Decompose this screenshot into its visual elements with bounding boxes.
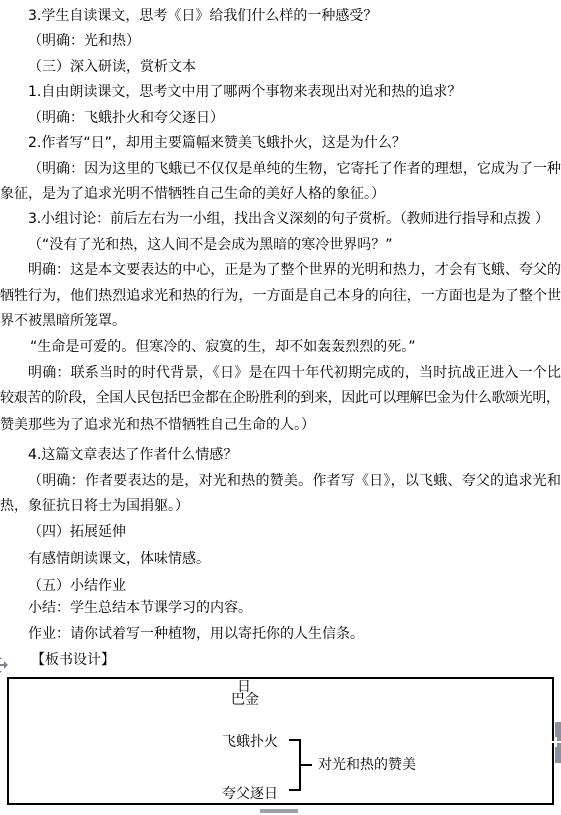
doc-line: 象征，是为了追求光明不惜牺牲自己生命的美好人格的象征。）: [0, 186, 385, 203]
doc-line: （明确：因为这里的飞蛾已不仅仅是单纯的生物，它寄托了作者的理想，它成为了一种: [28, 161, 561, 178]
document-page: 3.学生自读课文，思考《日》给我们什么样的一种感受？ （明确：光和热） （三）深…: [0, 0, 561, 815]
brace-middle-tick: [301, 764, 312, 766]
doc-line: （“没有了光和热，这人间不是会成为黑暗的寒冷世界吗？”: [28, 237, 393, 254]
doc-line: 2.作者写“日”，却用主要篇幅来赞美飞蛾扑火，这是为什么？: [28, 135, 406, 152]
doc-line: （四）拓展延伸: [28, 524, 126, 541]
doc-line: 3.学生自读课文，思考《日》给我们什么样的一种感受？: [28, 8, 377, 25]
doc-line: 小结：学生总结本节课学习的内容。: [28, 600, 252, 617]
horizontal-scrollbar-thumb[interactable]: [260, 809, 298, 813]
doc-line: 4.这篇文章表达了作者什么情感？: [28, 447, 237, 464]
board-design-box: [7, 677, 554, 805]
doc-line: （明确：光和热）: [28, 33, 140, 50]
doc-line: 明确：联系当时的时代背景，《日》是在四十年代初期完成的，当时抗战正进入一个比: [28, 365, 561, 382]
board-item-bottom: 夸父逐日: [222, 786, 278, 802]
doc-line: 3.小组讨论：前后左右为一小组，找出含义深刻的句子赏析。（教师进行指导和点拨 ）: [28, 211, 549, 228]
plus-icon: [555, 737, 557, 747]
doc-line: 牺牲行为，他们热烈追求光和热的行为，一方面是自己本身的向往，一方面也是为了整个世: [0, 288, 561, 305]
doc-line: （明确：作者要表达的是，对光和热的赞美。作者写《日》，以飞蛾、夸父的追求光和: [28, 473, 561, 490]
doc-line: 赞美那些为了追求光和热不惜牺牲自己生命的人。）: [0, 417, 315, 434]
doc-line: 作业：请你试着写一种植物，用以寄托你的人生信条。: [28, 626, 364, 643]
doc-line: （明确：飞蛾扑火和夸父逐日）: [28, 110, 224, 127]
doc-line: （三）深入研读，赏析文本: [28, 59, 196, 76]
brace-bottom-line: [289, 789, 301, 791]
board-summary: 对光和热的赞美: [318, 757, 416, 773]
doc-line: 较艰苦的阶段，全国人民包括巴金都在企盼胜利的到来，因此可以理解巴金为什么歌颂光明…: [0, 390, 560, 407]
doc-line: “生命是可爱的。但寒冷的、寂寞的生，却不如轰轰烈烈的死。”: [30, 339, 416, 356]
board-author: 巴金: [231, 692, 259, 708]
doc-line: 明确：这是本文要表达的中心，正是为了整个世界的光明和热力，才会有飞蛾、夸父的: [28, 262, 561, 279]
doc-line: （五）小结作业: [28, 578, 126, 595]
doc-line: 界不被黑暗所笼罩。: [0, 313, 126, 330]
move-cross-icon[interactable]: [0, 654, 9, 678]
board-design-heading: 【板书设计】: [31, 652, 115, 669]
doc-line: 热，象征抗日将士为国捐躯。）: [0, 498, 189, 515]
doc-line: 1.自由朗读课文，思考文中用了哪两个事物来表现出对光和热的追求？: [28, 84, 461, 101]
doc-line: 有感情朗读课文，体味情感。: [28, 551, 210, 568]
board-item-top: 飞蛾扑火: [222, 734, 278, 750]
